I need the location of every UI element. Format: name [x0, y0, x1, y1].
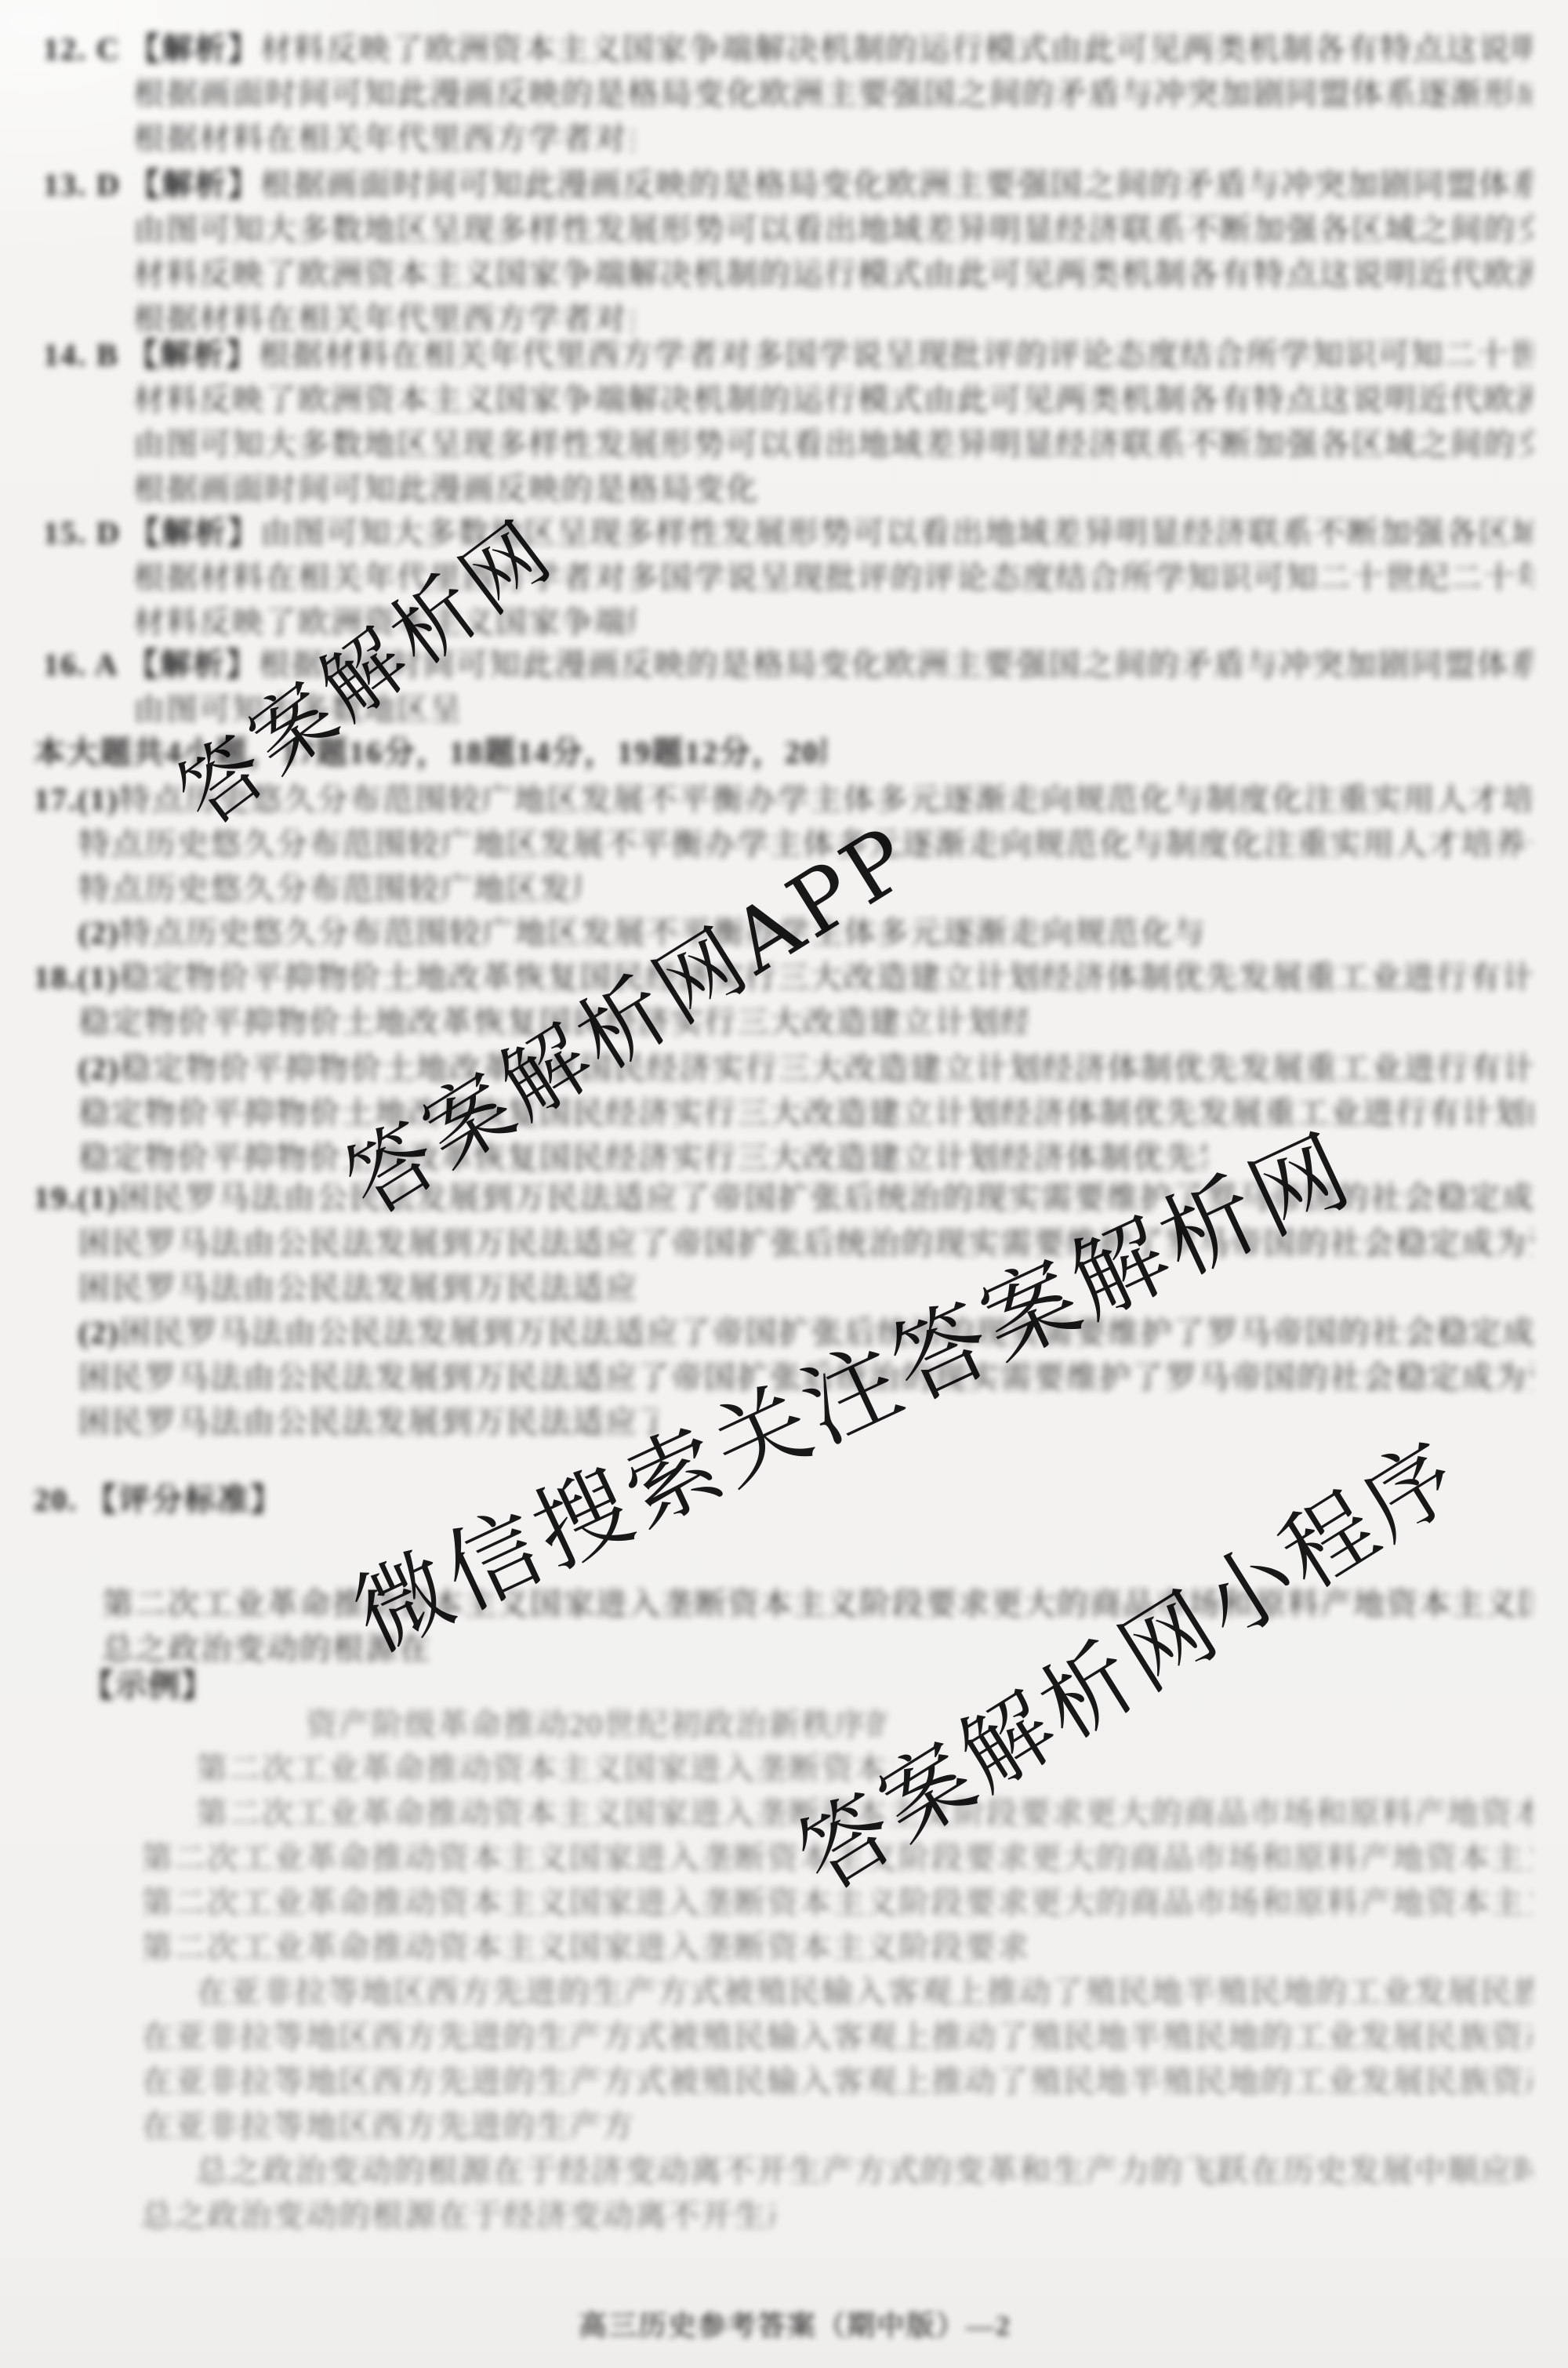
blurred-text: 特点历史悠久分布范围较广地区发展不平衡办学主体多元逐渐走向规范化与制度化注重实用…	[119, 782, 1533, 817]
blurred-text: 总之政治变动的根源在于经济变动离不开生产方式的变革和生产力的飞跃在历史发展中顺应…	[196, 2153, 1533, 2188]
blurred-text: 总之政治变动的根源在于经济变动离不开生产方式的变革和生产力的飞跃在历史发展中顺应…	[141, 2198, 776, 2233]
text-line: 材料反映了欧洲资本主义国家争端解决机制的运行模式由此可见两类机制各有特点这说明近…	[133, 256, 1533, 292]
blurred-text: 资产阶级革命推动20世纪初政治新秩序的建立	[306, 1707, 886, 1742]
text-line: (2)稳定物价平抑物价土地改革恢复国民经济实行三大改造建立计划经济体制优先发展重…	[78, 1051, 1533, 1087]
essay-title: 资产阶级革命推动20世纪初政治新秩序的建立	[306, 1707, 886, 1743]
blurred-text: 根据材料在相关年代里西方学者对多国学说呈现批评的评论态度结合所学知识可知二十世纪…	[133, 121, 635, 156]
text-line: 根据材料在相关年代里西方学者对多国学说呈现批评的评论态度结合所学知识可知二十世纪…	[133, 301, 635, 337]
text-line: 15. D【解析】由图可知大多数地区呈现多样性发展形势可以看出地域差异明显经济联…	[43, 515, 1533, 551]
blurred-text: 根据材料在相关年代里西方学者对多国学说呈现批评的评论态度结合所学知识可知二十世纪…	[133, 560, 1533, 595]
text-line: 由图可知大多数地区呈现多样性发展形势可以看出地域差异明显经济联系不断加强各区域之…	[133, 427, 1533, 463]
text-line: 困民罗马法由公民法发展到万民法适应了帝国扩张后统治的现实需要维护了罗马帝国的社会…	[78, 1270, 635, 1306]
text-line: 根据画面时间可知此漫画反映的是格局变化欧洲主要强国之间的矛盾与冲突加剧同盟体系逐…	[133, 471, 757, 507]
blurred-text: 根据材料在相关年代里西方学者对多国学说呈现批评的评论态度结合所学知识可知二十世纪…	[259, 337, 1533, 372]
text-line: 困民罗马法由公民法发展到万民法适应了帝国扩张后统治的现实需要维护了罗马帝国的社会…	[78, 1404, 659, 1440]
blurred-text: 特点历史悠久分布范围较广地区发展不平衡办学主体多元逐渐走向规范化与制度化注重实用…	[78, 871, 580, 906]
text-line: 13. D【解析】根据画面时间可知此漫画反映的是格局变化欧洲主要强国之间的矛盾与…	[43, 167, 1533, 203]
text-line: 总之政治变动的根源在于经济变动离不开生产方式的变革和生产力的飞跃在历史发展中顺应…	[141, 2198, 776, 2234]
text-line: 12. C【解析】材料反映了欧洲资本主义国家争端解决机制的运行模式由此可见两类机…	[43, 31, 1533, 67]
text-line: 14. B【解析】根据材料在相关年代里西方学者对多国学说呈现批评的评论态度结合所…	[43, 337, 1533, 373]
text-line: 第二次工业革命推动资本主义国家进入垄断资本主义阶段要求更大的商品市场和原料产地资…	[141, 1930, 1027, 1966]
text-line: 材料反映了欧洲资本主义国家争端解决机制的运行模式由此可见两类机制各有特点这说明近…	[133, 382, 1533, 418]
text-line: 根据材料在相关年代里西方学者对多国学说呈现批评的评论态度结合所学知识可知二十世纪…	[133, 121, 635, 157]
blurred-text: 稳定物价平抑物价土地改革恢复国民经济实行三大改造建立计划经济体制优先发展重工业进…	[78, 1140, 1207, 1175]
text-line: 20.【评分标准】	[34, 1482, 347, 1518]
blurred-text: 根据画面时间可知此漫画反映的是格局变化欧洲主要强国之间的矛盾与冲突加剧同盟体系逐…	[133, 471, 757, 507]
blurred-text: 第二次工业革命推动资本主义国家进入垄断资本主义阶段要求更大的商品市场和原料产地资…	[141, 1930, 1027, 1965]
text-line: 根据画面时间可知此漫画反映的是格局变化欧洲主要强国之间的矛盾与冲突加剧同盟体系逐…	[133, 76, 1533, 112]
blurred-text: 在亚非拉等地区西方先进的生产方式被殖民输入客观上推动了殖民地半殖民地的工业发展民…	[141, 2019, 1533, 2054]
blurred-text: 材料反映了欧洲资本主义国家争端解决机制的运行模式由此可见两类机制各有特点这说明近…	[133, 382, 1533, 417]
blurred-text: 根据材料在相关年代里西方学者对多国学说呈现批评的评论态度结合所学知识可知二十世纪…	[133, 301, 635, 336]
blurred-text: 由图可知大多数地区呈现多样性发展形势可以看出地域差异明显经济联系不断加强各区域之…	[133, 212, 1533, 247]
text-line: 总之政治变动的根源在于经济变动离不开生产方式的变革和生产力的飞跃在历史发展中顺应…	[196, 2153, 1533, 2189]
blurred-text: 第二次工业革命推动资本主义国家进入垄断资本主义阶段要求更大的商品市场和原料产地资…	[196, 1751, 894, 1786]
scanned-exam-answer-page: 12. C【解析】材料反映了欧洲资本主义国家争端解决机制的运行模式由此可见两类机…	[0, 0, 1568, 2368]
text-line: 【示例】	[74, 1668, 310, 1704]
text-line: 在亚非拉等地区西方先进的生产方式被殖民输入客观上推动了殖民地半殖民地的工业发展民…	[141, 2064, 1533, 2100]
page-footer: 高三历史参考答案（期中版）—2	[579, 2308, 1018, 2344]
blurred-text: 材料反映了欧洲资本主义国家争端解决机制的运行模式由此可见两类机制各有特点这说明近…	[133, 256, 1533, 292]
text-line: 第二次工业革命推动资本主义国家进入垄断资本主义阶段要求更大的商品市场和原料产地资…	[196, 1751, 894, 1787]
text-line: 稳定物价平抑物价土地改革恢复国民经济实行三大改造建立计划经济体制优先发展重工业进…	[78, 1140, 1207, 1176]
blurred-text: 根据画面时间可知此漫画反映的是格局变化欧洲主要强国之间的矛盾与冲突加剧同盟体系逐…	[133, 76, 1533, 111]
blurred-text: 稳定物价平抑物价土地改革恢复国民经济实行三大改造建立计划经济体制优先发展重工业进…	[120, 1051, 1533, 1086]
text-line: 特点历史悠久分布范围较广地区发展不平衡办学主体多元逐渐走向规范化与制度化注重实用…	[78, 871, 580, 907]
blurred-text: 由图可知大多数地区呈现多样性发展形势可以看出地域差异明显经济联系不断加强各区域之…	[133, 427, 1533, 462]
blurred-text: 在亚非拉等地区西方先进的生产方式被殖民输入客观上推动了殖民地半殖民地的工业发展民…	[196, 1974, 1533, 2010]
text-line: 在亚非拉等地区西方先进的生产方式被殖民输入客观上推动了殖民地半殖民地的工业发展民…	[141, 2108, 635, 2145]
blurred-text: 稳定物价平抑物价土地改革恢复国民经济实行三大改造建立计划经济体制优先发展重工业进…	[119, 960, 1533, 995]
blurred-text: 困民罗马法由公民法发展到万民法适应了帝国扩张后统治的现实需要维护了罗马帝国的社会…	[78, 1404, 659, 1440]
text-line: 由图可知大多数地区呈现多样性发展形势可以看出地域差异明显经济联系不断加强各区域之…	[133, 212, 1533, 248]
blurred-text: 在亚非拉等地区西方先进的生产方式被殖民输入客观上推动了殖民地半殖民地的工业发展民…	[141, 2064, 1533, 2099]
blurred-text: 困民罗马法由公民法发展到万民法适应了帝国扩张后统治的现实需要维护了罗马帝国的社会…	[78, 1270, 635, 1306]
blurred-text: 材料反映了欧洲资本主义国家争端解决机制的运行模式由此可见两类机制各有特点这说明近…	[260, 31, 1533, 67]
text-line: 根据材料在相关年代里西方学者对多国学说呈现批评的评论态度结合所学知识可知二十世纪…	[133, 560, 1533, 596]
blurred-text: 在亚非拉等地区西方先进的生产方式被殖民输入客观上推动了殖民地半殖民地的工业发展民…	[141, 2108, 635, 2144]
text-line: 在亚非拉等地区西方先进的生产方式被殖民输入客观上推动了殖民地半殖民地的工业发展民…	[141, 2019, 1533, 2055]
text-line: 在亚非拉等地区西方先进的生产方式被殖民输入客观上推动了殖民地半殖民地的工业发展民…	[196, 1974, 1533, 2010]
blurred-text: 根据画面时间可知此漫画反映的是格局变化欧洲主要强国之间的矛盾与冲突加剧同盟体系逐…	[260, 167, 1533, 202]
